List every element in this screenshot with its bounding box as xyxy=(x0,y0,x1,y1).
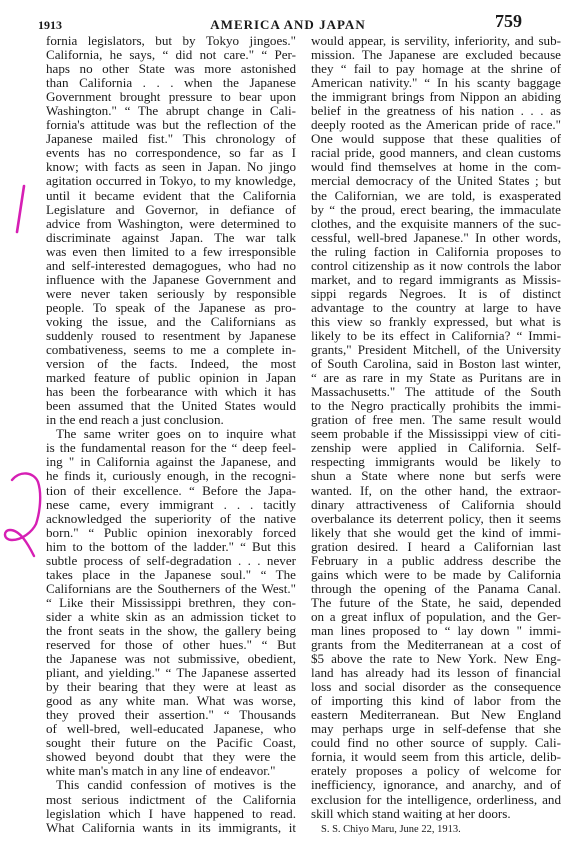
pen-stroke-mark xyxy=(17,186,24,232)
pen-annotations xyxy=(0,0,576,846)
pen-numeral-2-mark xyxy=(5,473,40,556)
